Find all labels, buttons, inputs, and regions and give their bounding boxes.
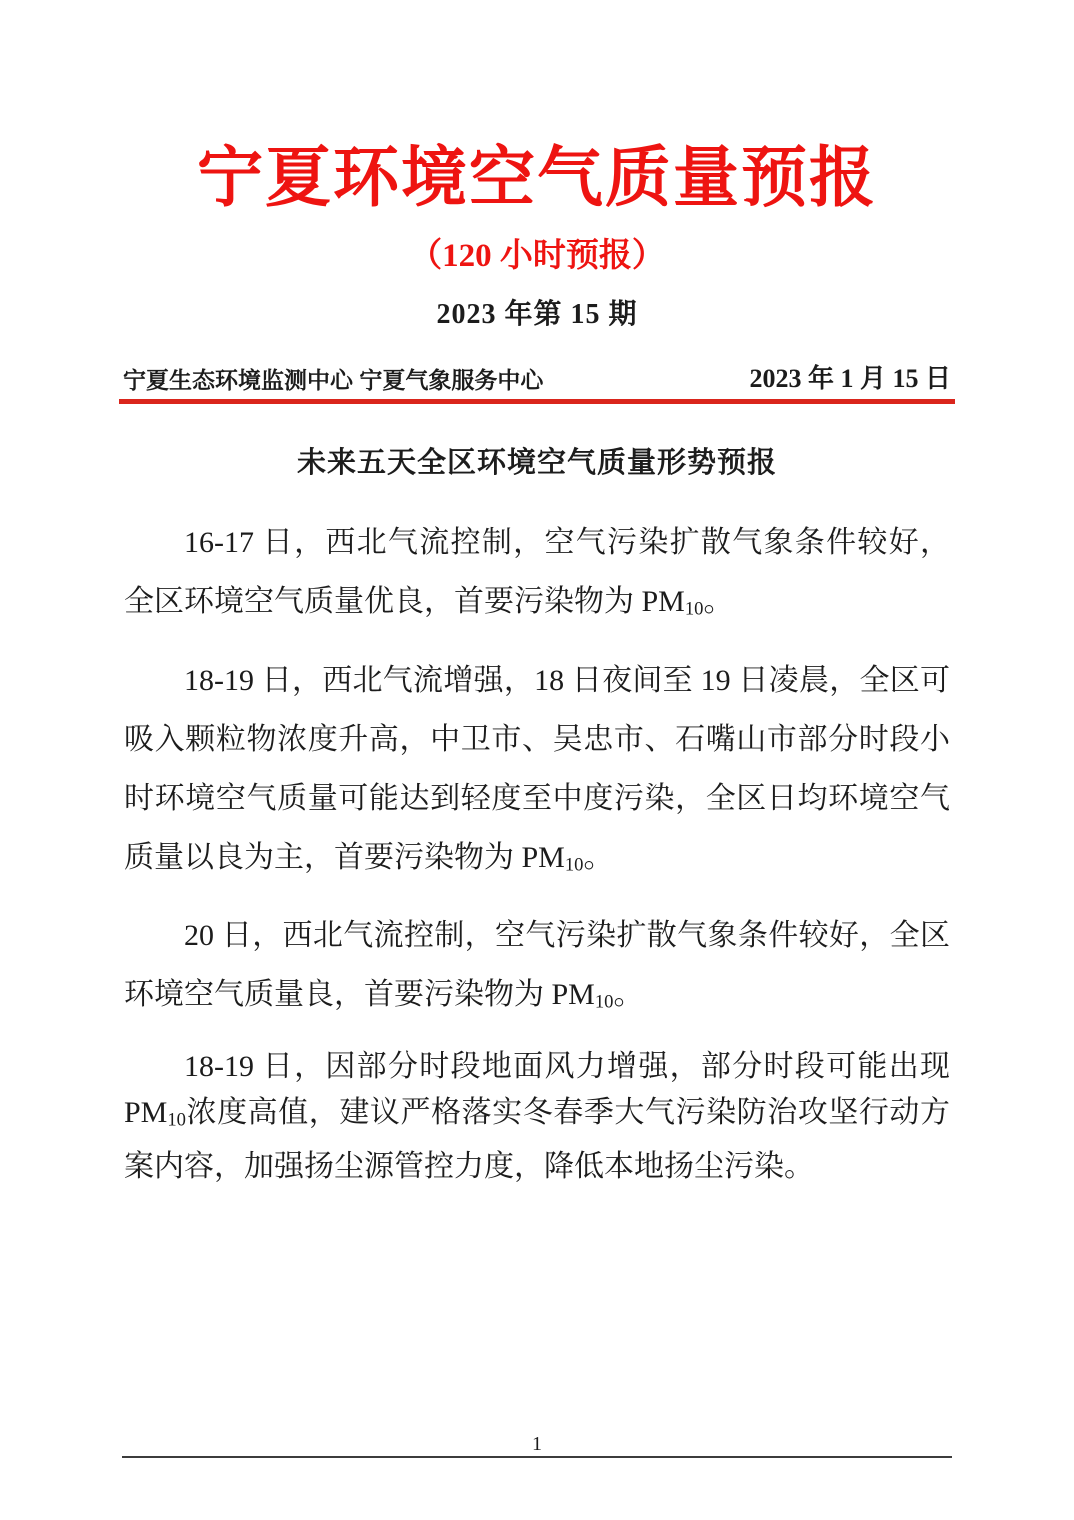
forecast-paragraph-1: 16-17 日，西北气流控制，空气污染扩散气象条件较好，全区环境空气质量优良，首…: [124, 513, 950, 639]
document-subtitle: （120 小时预报）: [0, 229, 1074, 276]
issue-number: 2023 年第 15 期: [0, 292, 1074, 332]
page-footer: 1: [122, 1433, 952, 1458]
forecast-body: 16-17 日，西北气流控制，空气污染扩散气象条件较好，全区环境空气质量优良，首…: [124, 513, 950, 1190]
red-divider-rule: [119, 399, 955, 404]
masthead-row: 宁夏生态环境监测中心 宁夏气象服务中心 2023 年 1 月 15 日: [123, 358, 951, 395]
issue-date: 2023 年 1 月 15 日: [749, 358, 951, 395]
document-page: 宁夏环境空气质量预报 （120 小时预报） 2023 年第 15 期 宁夏生态环…: [0, 124, 1074, 1190]
forecast-paragraph-4: 18-19 日，因部分时段地面风力增强，部分时段可能出现 PM10浓度高值，建议…: [124, 1044, 950, 1190]
page-number: 1: [122, 1433, 952, 1455]
forecast-paragraph-3: 20 日，西北气流控制，空气污染扩散气象条件较好，全区环境空气质量良，首要污染物…: [124, 906, 950, 1032]
agency-names: 宁夏生态环境监测中心 宁夏气象服务中心: [123, 362, 543, 395]
section-heading: 未来五天全区环境空气质量形势预报: [0, 440, 1074, 481]
document-title: 宁夏环境空气质量预报: [0, 124, 1074, 219]
forecast-paragraph-2: 18-19 日，西北气流增强，18 日夜间至 19 日凌晨，全区可吸入颗粒物浓度…: [124, 651, 950, 895]
footer-divider-rule: [122, 1456, 952, 1458]
